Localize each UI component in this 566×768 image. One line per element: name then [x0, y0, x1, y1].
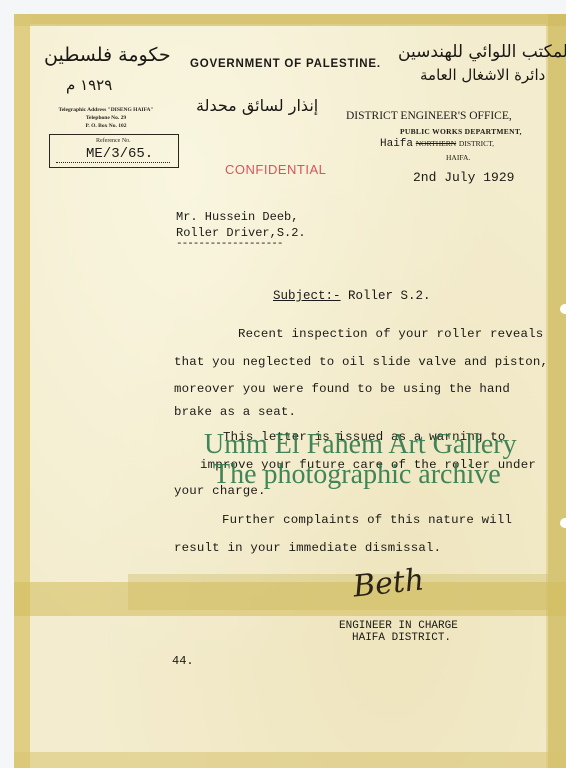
punch-hole-lower: [560, 518, 566, 528]
body-line: Recent inspection of your roller reveals: [238, 327, 543, 341]
body-line: that you neglected to oil slide valve an…: [174, 355, 548, 369]
body-line: moreover you were found to be using the …: [174, 382, 510, 396]
arabic-handwritten-annotation: إنذار لسائق محدلة: [196, 96, 318, 115]
recipient-underline: -------------------: [176, 238, 282, 250]
reference-dotted-line: [56, 162, 170, 163]
reference-label: Reference No.: [96, 138, 131, 144]
signatory-title: ENGINEER IN CHARGE: [339, 620, 458, 632]
po-box: P. O. Box No. 102: [52, 122, 160, 130]
body-line: result in your immediate dismissal.: [174, 541, 441, 555]
city-heading: HAIFA.: [446, 153, 470, 162]
tape-strip-middle: [14, 582, 566, 616]
tape-strip-right: [548, 14, 566, 768]
district-struck: NORTHERN: [416, 139, 456, 148]
arabic-year: ١٩٢٩ م: [66, 76, 112, 94]
subject-line: Subject:- Roller S.2.: [273, 289, 431, 303]
body-line: Further complaints of this nature will: [222, 513, 512, 527]
handwritten-signature: Beth: [351, 562, 425, 604]
tape-strip-top: [14, 14, 566, 26]
department-heading: PUBLIC WORKS DEPARTMENT,: [400, 127, 522, 136]
arabic-government-heading: حكومة فلسطين: [44, 44, 171, 66]
tape-strip-left: [14, 14, 30, 768]
contact-block: Telegraphic Address "DISENG HAIFA" Telep…: [52, 106, 160, 130]
telephone-number: Telephone No. 29: [52, 114, 160, 122]
subject-label: Subject:-: [273, 289, 341, 303]
telegraphic-address: Telegraphic Address "DISENG HAIFA": [52, 106, 160, 114]
district-line: Haifa NORTHERN DISTRICT,: [380, 137, 494, 150]
watermark-gallery: Umm El Fahem Art Gallery: [204, 430, 517, 460]
district-suffix: DISTRICT,: [459, 139, 494, 148]
office-heading: DISTRICT ENGINEER'S OFFICE,: [346, 110, 512, 122]
reference-number: ME/3/65.: [86, 146, 153, 162]
recipient-name: Mr. Hussein Deeb,: [176, 210, 298, 224]
arabic-department-heading: دائرة الاشغال العامة: [420, 66, 545, 84]
tape-strip-bottom: [14, 752, 566, 768]
district-typed: Haifa: [380, 138, 413, 150]
government-heading: GOVERNMENT OF PALESTINE.: [190, 58, 381, 70]
letter-date: 2nd July 1929: [413, 170, 514, 185]
watermark-archive: The photographic archive: [213, 460, 501, 490]
body-line: brake as a seat.: [174, 405, 296, 419]
arabic-office-heading: المكتب اللوائي للهندسين: [398, 42, 566, 62]
subject-value: Roller S.2.: [348, 289, 431, 303]
punch-hole-upper: [560, 304, 566, 314]
page-number: 44.: [172, 654, 194, 668]
signatory-district: HAIFA DISTRICT.: [352, 632, 451, 644]
confidential-stamp: CONFIDENTIAL: [225, 162, 326, 177]
